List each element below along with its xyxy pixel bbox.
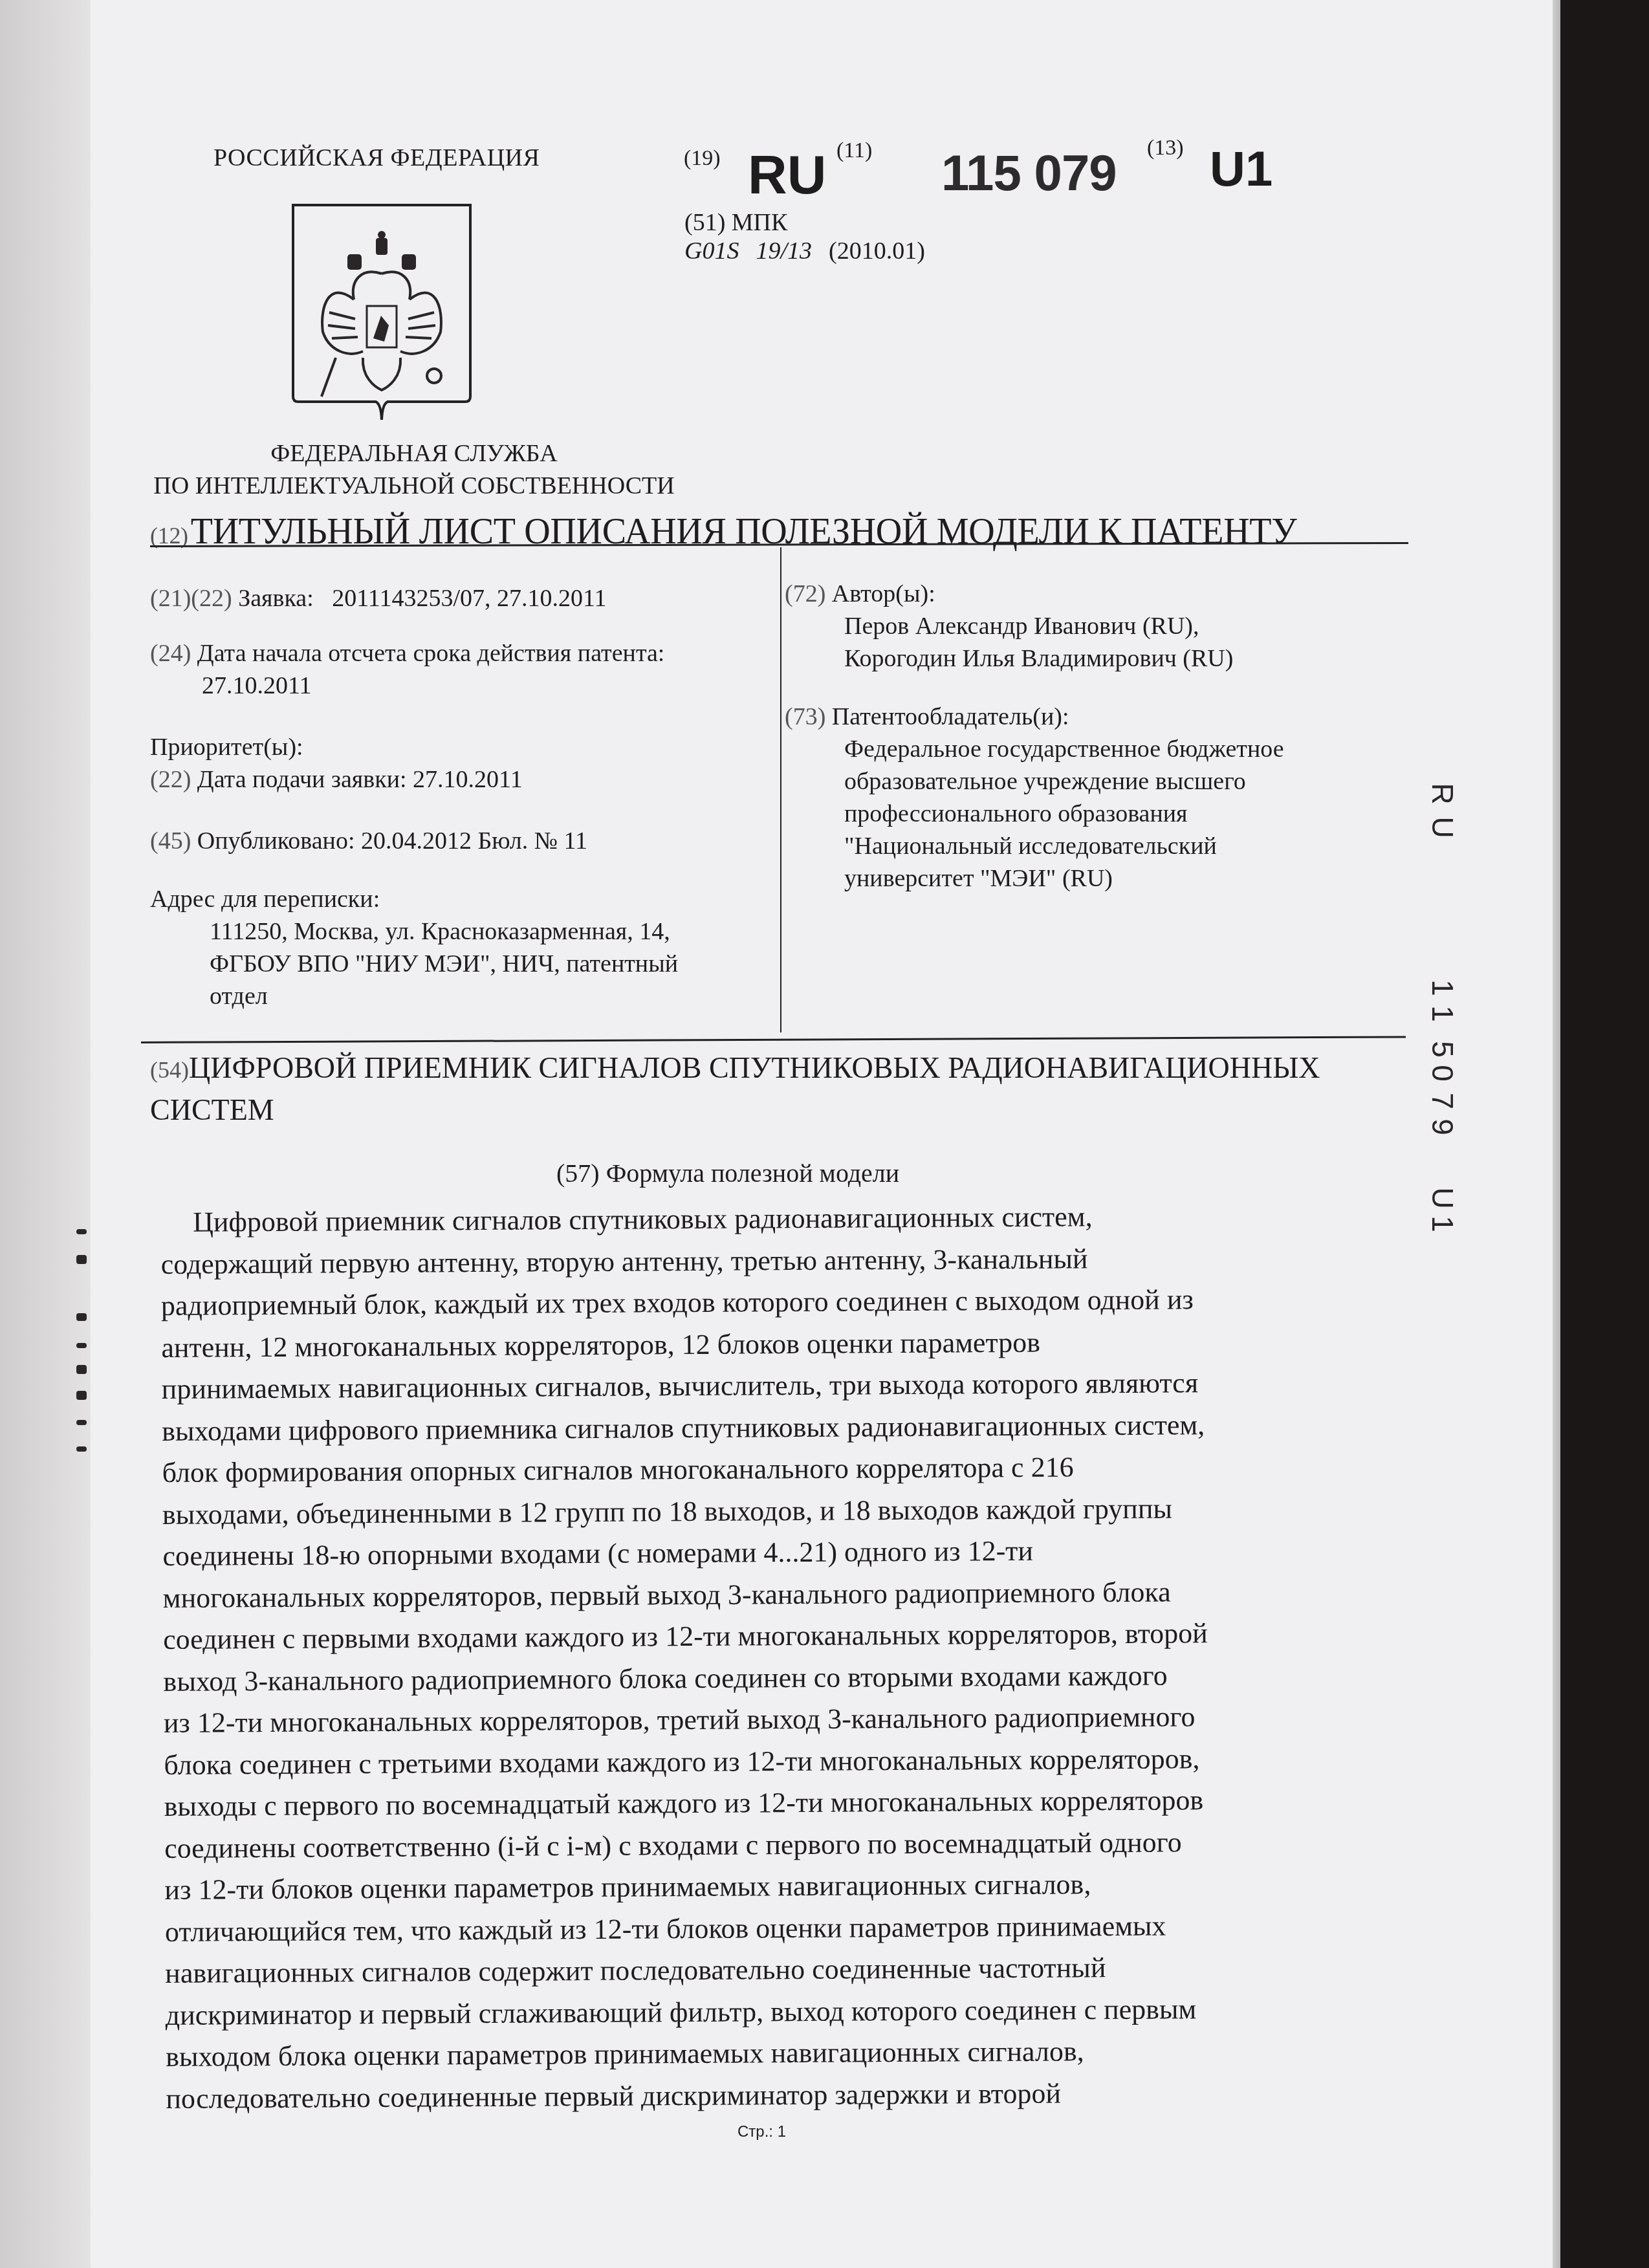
ipc-group: 19/13 bbox=[756, 237, 812, 265]
holder-line: образовательное учреждение высшего bbox=[785, 765, 1284, 798]
term-start-value: 27.10.2011 bbox=[150, 670, 664, 702]
holder-line: Федеральное государственное бюджетное bbox=[785, 733, 1284, 765]
claim-line: из 12-ти блоков оценки параметров приним… bbox=[164, 1862, 1400, 1911]
country-code: RU bbox=[748, 144, 826, 206]
inid-code-19: (19) bbox=[684, 146, 721, 171]
claim-line: блока соединен с третьими входами каждог… bbox=[164, 1737, 1399, 1786]
address-label: Адрес для переписки: bbox=[150, 883, 678, 915]
claim-line: выходом блока оценки параметров принимае… bbox=[166, 2029, 1401, 2078]
claim-line: соединены 18-ю опорными входами (с номер… bbox=[162, 1528, 1398, 1577]
invention-title-line2: СИСТЕМ bbox=[150, 1090, 1379, 1130]
term-start-field: (24) Дата начала отсчета срока действия … bbox=[150, 637, 664, 702]
inid-code-54: (54) bbox=[150, 1057, 189, 1083]
term-start-label: Дата начала отсчета срока действия патен… bbox=[197, 640, 665, 667]
holders-label: Патентообладатель(и): bbox=[832, 703, 1069, 730]
patent-number: 115 079 bbox=[941, 144, 1117, 202]
claim-line: антенн, 12 многоканальных корреляторов, … bbox=[161, 1320, 1397, 1369]
filing-date-value: 27.10.2011 bbox=[413, 766, 523, 793]
claim-line: соединены соответственно (i-й с i-м) с в… bbox=[164, 1820, 1400, 1870]
scanner-background bbox=[1560, 0, 1649, 2268]
stamp-char: U bbox=[1425, 801, 1460, 853]
inid-code-22: (22) bbox=[150, 766, 191, 793]
page-number: Стр.: 1 bbox=[737, 2123, 786, 2141]
claim-line: выходы с первого по восемнадцатый каждог… bbox=[164, 1778, 1400, 1827]
ipc-class: G01S bbox=[684, 237, 739, 265]
holder-line: университет "МЭИ" (RU) bbox=[785, 862, 1284, 895]
agency-name-line1: ФЕДЕРАЛЬНАЯ СЛУЖБА bbox=[129, 437, 699, 470]
claim-line: содержащий первую антенну, вторую антенн… bbox=[160, 1236, 1396, 1285]
claims-text: Цифровой приемник сигналов спутниковых р… bbox=[160, 1194, 1402, 2120]
stamp-char: 1 bbox=[1425, 1198, 1460, 1250]
authors-field: (72) Автор(ы): Перов Александр Иванович … bbox=[785, 578, 1233, 675]
scan-gutter-shadow bbox=[0, 0, 97, 2268]
agency-name-line2: ПО ИНТЕЛЛЕКТУАЛЬНОЙ СОБСТВЕННОСТИ bbox=[129, 470, 699, 502]
ipc-label: (51) МПК bbox=[684, 208, 787, 237]
inid-code-73: (73) bbox=[785, 703, 825, 730]
inid-code-72: (72) bbox=[785, 580, 825, 607]
inid-code-13: (13) bbox=[1147, 136, 1184, 160]
claim-line: из 12-ти многоканальных корреляторов, тр… bbox=[164, 1695, 1399, 1744]
country-name: РОССИЙСКАЯ ФЕДЕРАЦИЯ bbox=[213, 144, 540, 172]
claim-line: соединен с первыми входами каждого из 12… bbox=[163, 1611, 1399, 1661]
claim-line: дискриминатор и первый сглаживающий филь… bbox=[165, 1987, 1401, 2036]
author-name: Корогодин Илья Владимирович (RU) bbox=[785, 642, 1233, 675]
claim-line: навигационных сигналов содержит последов… bbox=[165, 1945, 1401, 1994]
invention-title: (54)ЦИФРОВОЙ ПРИЕМНИК СИГНАЛОВ СПУТНИКОВ… bbox=[150, 1048, 1379, 1130]
claim-line: блок формирования опорных сигналов много… bbox=[162, 1445, 1397, 1494]
priority-label: Приоритет(ы): bbox=[150, 731, 523, 763]
column-divider bbox=[780, 547, 781, 1032]
published-field: (45) Опубликовано: 20.04.2012 Бюл. № 11 bbox=[150, 825, 587, 857]
application-label: Заявка: bbox=[238, 585, 314, 612]
inid-code-24: (24) bbox=[150, 640, 191, 667]
claim-line: выходами, объединенными в 12 групп по 18… bbox=[162, 1487, 1398, 1536]
claim-line: многоканальных корреляторов, первый выхо… bbox=[163, 1570, 1399, 1619]
authors-label: Автор(ы): bbox=[832, 580, 935, 607]
page-edge bbox=[1553, 0, 1560, 2268]
address-line: ФГБОУ ВПО "НИУ МЭИ", НИЧ, патентный bbox=[150, 948, 678, 980]
claim-line: последовательно соединенные первый дискр… bbox=[166, 2071, 1401, 2120]
side-patent-stamp: R U 1 1 5 0 7 9 U 1 bbox=[1404, 776, 1481, 1358]
priority-field: Приоритет(ы): (22) Дата подачи заявки: 2… bbox=[150, 731, 523, 796]
application-value: 2011143253/07, 27.10.2011 bbox=[332, 585, 606, 612]
ipc-classification: G01S19/13(2010.01) bbox=[684, 237, 925, 265]
formula-heading: (57) Формула полезной модели bbox=[556, 1158, 899, 1188]
patent-holders-field: (73) Патентообладатель(и): Федеральное г… bbox=[785, 701, 1284, 895]
inid-code-11: (11) bbox=[836, 138, 872, 163]
author-name: Перов Александр Иванович (RU), bbox=[785, 610, 1233, 642]
claim-line: принимаемых навигационных сигналов, вычи… bbox=[162, 1361, 1397, 1410]
bleed-through-marks bbox=[72, 1229, 92, 1811]
published-label: Опубликовано: bbox=[197, 827, 355, 855]
inid-code-21-22: (21)(22) bbox=[150, 585, 232, 612]
address-line: 111250, Москва, ул. Красноказарменная, 1… bbox=[150, 915, 678, 948]
claim-line: отличающийся тем, что каждый из 12-ти бл… bbox=[165, 1904, 1401, 1953]
address-line: отдел bbox=[150, 980, 678, 1012]
agency-name: ФЕДЕРАЛЬНАЯ СЛУЖБА ПО ИНТЕЛЛЕКТУАЛЬНОЙ С… bbox=[129, 437, 699, 502]
application-field: (21)(22) Заявка: 2011143253/07, 27.10.20… bbox=[150, 582, 607, 615]
published-value: 20.04.2012 Бюл. № 11 bbox=[361, 827, 587, 855]
claim-line: радиоприемный блок, каждый их трех входо… bbox=[161, 1278, 1397, 1327]
holder-line: "Национальный исследовательский bbox=[785, 830, 1284, 862]
holder-line: профессионального образования bbox=[785, 798, 1284, 830]
claim-line: выходами цифрового приемника сигналов сп… bbox=[162, 1403, 1397, 1452]
address-field: Адрес для переписки: 111250, Москва, ул.… bbox=[150, 883, 678, 1012]
ipc-version: (2010.01) bbox=[829, 237, 925, 265]
inid-code-45: (45) bbox=[150, 827, 191, 855]
russian-coat-of-arms-icon bbox=[290, 202, 473, 422]
invention-title-line1: ЦИФРОВОЙ ПРИЕМНИК СИГНАЛОВ СПУТНИКОВЫХ Р… bbox=[189, 1051, 1320, 1084]
filing-date-label: Дата подачи заявки: bbox=[197, 766, 407, 793]
kind-code: U1 bbox=[1210, 141, 1272, 197]
claim-line: выход 3-канального радиоприемного блока … bbox=[163, 1653, 1399, 1703]
claim-line: Цифровой приемник сигналов спутниковых р… bbox=[160, 1194, 1396, 1243]
stamp-char: 9 bbox=[1425, 1101, 1460, 1153]
